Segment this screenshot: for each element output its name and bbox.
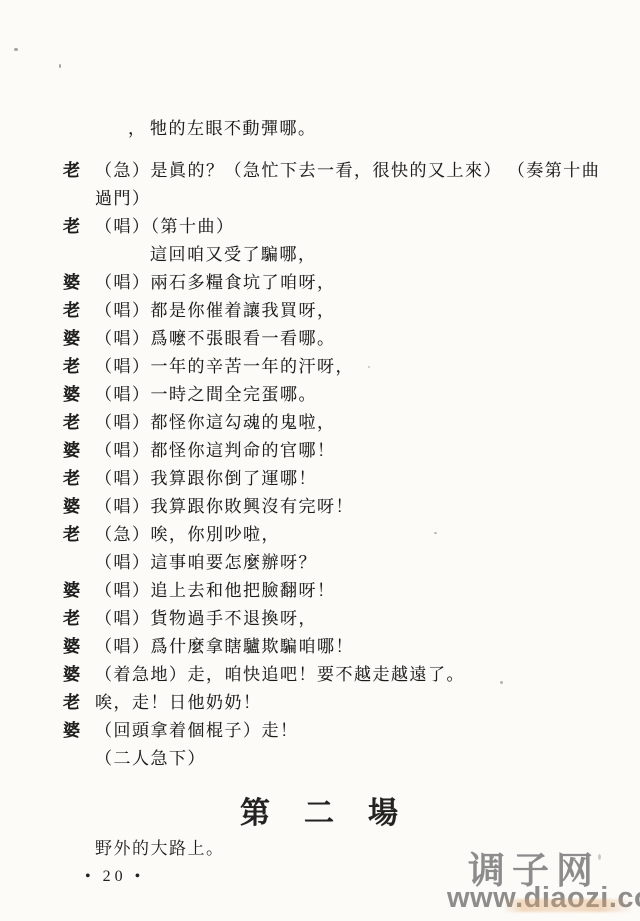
speaker-label: 婆 — [63, 716, 95, 741]
scene-heading: 第 二 場 — [0, 788, 640, 832]
speaker-label: 婆 — [63, 380, 95, 405]
script-line: （二人急下） — [63, 742, 623, 770]
script-line: 婆 （唱）追上去和他把臉翻呀！ — [63, 574, 623, 602]
line-text: （唱）爲什麼拿瞎驢欺騙咱哪！ — [95, 632, 354, 657]
line-text: 這回咱又受了騙哪， — [150, 240, 317, 265]
speaker-label: 婆 — [63, 268, 95, 293]
script-line: 婆 （唱）爲嚒不張眼看一看哪。 — [63, 322, 623, 350]
speaker-label: 婆 — [63, 632, 95, 657]
speaker-label: 婆 — [63, 660, 95, 685]
script-line: 婆 （唱）兩石多糧食坑了咱呀， — [63, 266, 623, 294]
script-line: （唱）這事咱要怎麼辦呀？ — [63, 546, 623, 574]
ink-speck — [598, 854, 601, 860]
script-line: 婆 （回頭拿着個棍子）走！ — [63, 714, 623, 742]
line-text: （唱）貨物過手不退換呀， — [95, 604, 317, 629]
script-line: 婆 （唱）一時之間全完蛋哪。 — [63, 378, 623, 406]
ink-speck — [500, 681, 503, 684]
script-line: 這回咱又受了騙哪， — [63, 238, 623, 266]
watermark-site-url: www.diaozi.com — [447, 882, 640, 915]
ink-speck — [59, 64, 61, 68]
speaker-label: 老 — [63, 688, 95, 713]
line-text: （唱）一年的辛苦一年的汗呀， — [95, 352, 354, 377]
line-text: （唱）兩石多糧食坑了咱呀， — [95, 268, 336, 293]
speaker-label: 老 — [63, 156, 95, 181]
ink-speck — [368, 366, 370, 368]
line-text: （唱）都是你催着讓我買呀， — [95, 296, 336, 321]
script-line: 婆 （着急地）走，咱快追吧！要不越走越遠了。 — [63, 658, 623, 686]
line-text: 過門） — [95, 184, 151, 209]
line-text: （唱）我算跟你敗興沒有完呀！ — [95, 492, 354, 517]
scanned-script-page: ， 牠的左眼不動彈哪。 老 （急）是眞的？（急忙下去一看，很快的又上來） （奏第… — [0, 0, 640, 921]
speaker-label: 老 — [63, 520, 95, 545]
ink-speck — [434, 532, 437, 534]
speaker-label: 老 — [63, 464, 95, 489]
line-text: （唱）爲嚒不張眼看一看哪。 — [95, 324, 336, 349]
speaker-label: 老 — [63, 604, 95, 629]
script-line: 老 （唱）都是你催着讓我買呀， — [63, 294, 623, 322]
script-line: 老 （唱）（第十曲） — [63, 210, 623, 238]
line-text: （唱）我算跟你倒了運哪！ — [95, 464, 317, 489]
script-line: 老 唉，走！日他奶奶！ — [63, 686, 623, 714]
script-line: 老 （唱）都怪你這勾魂的鬼啦， — [63, 406, 623, 434]
script-line: ， 牠的左眼不動彈哪。 — [63, 112, 623, 140]
speaker-label: 老 — [63, 352, 95, 377]
line-text: （急）是眞的？（急忙下去一看，很快的又上來） （奏第十曲 — [95, 156, 600, 181]
line-text: （唱）都怪你這判命的官哪！ — [95, 436, 336, 461]
speaker-label: 老 — [63, 296, 95, 321]
line-text: （唱）（第十曲） — [95, 212, 235, 237]
page-number: • 20 • — [85, 868, 144, 886]
ink-speck — [14, 48, 18, 51]
speaker-label: 老 — [63, 212, 95, 237]
script-line: 婆 （唱）都怪你這判命的官哪！ — [63, 434, 623, 462]
script-line: 婆 （唱）我算跟你敗興沒有完呀！ — [63, 490, 623, 518]
line-text: （唱）都怪你這勾魂的鬼啦， — [95, 408, 336, 433]
line-text: （唱）這事咱要怎麼辦呀？ — [95, 548, 317, 573]
line-text: 牠的左眼不動彈哪。 — [150, 114, 317, 139]
speaker-label: 老 — [63, 408, 95, 433]
line-text: （唱）追上去和他把臉翻呀！ — [95, 576, 336, 601]
script-line: 老 （唱）一年的辛苦一年的汗呀， — [63, 350, 623, 378]
script-line: 過門） — [63, 182, 623, 210]
line-text: （回頭拿着個棍子）走！ — [95, 716, 299, 741]
speaker-label: 婆 — [63, 576, 95, 601]
line-text: （二人急下） — [95, 744, 206, 769]
leading-comma: ， — [128, 114, 150, 139]
scene-setting-note: 野外的大路上。 — [95, 834, 225, 859]
speaker-label: 婆 — [63, 436, 95, 461]
script-line: 老 （急）唉，你別吵啦， — [63, 518, 623, 546]
line-text: （着急地）走，咱快追吧！要不越走越遠了。 — [95, 660, 465, 685]
line-text: （唱）一時之間全完蛋哪。 — [95, 380, 317, 405]
speaker-label: 婆 — [63, 324, 95, 349]
script-line: 婆 （唱）爲什麼拿瞎驢欺騙咱哪！ — [63, 630, 623, 658]
script-line: 老 （唱）貨物過手不退換呀， — [63, 602, 623, 630]
line-text: （急）唉，你別吵啦， — [95, 520, 280, 545]
script-line: 老 （唱）我算跟你倒了運哪！ — [63, 462, 623, 490]
speaker-label: 婆 — [63, 492, 95, 517]
line-text: 唉，走！日他奶奶！ — [95, 688, 262, 713]
script-line: 老 （急）是眞的？（急忙下去一看，很快的又上來） （奏第十曲 — [63, 154, 623, 182]
dialogue-block: ， 牠的左眼不動彈哪。 老 （急）是眞的？（急忙下去一看，很快的又上來） （奏第… — [63, 112, 623, 770]
